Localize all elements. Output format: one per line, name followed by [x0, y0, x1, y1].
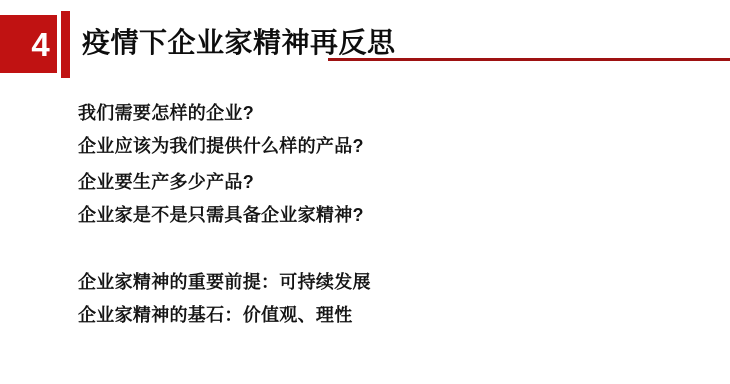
question-line-3: 企业要生产多少产品? [78, 171, 254, 193]
slide-number-badge: 4 [0, 15, 57, 73]
statement-line-1: 企业家精神的重要前提：可持续发展 [78, 271, 371, 293]
question-line-4: 企业家是不是只需具备企业家精神? [78, 204, 364, 226]
slide-title: 疫情下企业家精神再反思 [82, 27, 396, 58]
question-line-2: 企业应该为我们提供什么样的产品? [78, 135, 364, 157]
header-vertical-bar [61, 11, 70, 78]
presentation-slide: 4 疫情下企业家精神再反思 我们需要怎样的企业? 企业应该为我们提供什么样的产品… [0, 0, 730, 384]
slide-number: 4 [31, 28, 49, 61]
question-line-1: 我们需要怎样的企业? [78, 102, 254, 124]
title-underline [328, 58, 730, 61]
statement-line-2: 企业家精神的基石：价值观、理性 [78, 304, 353, 326]
